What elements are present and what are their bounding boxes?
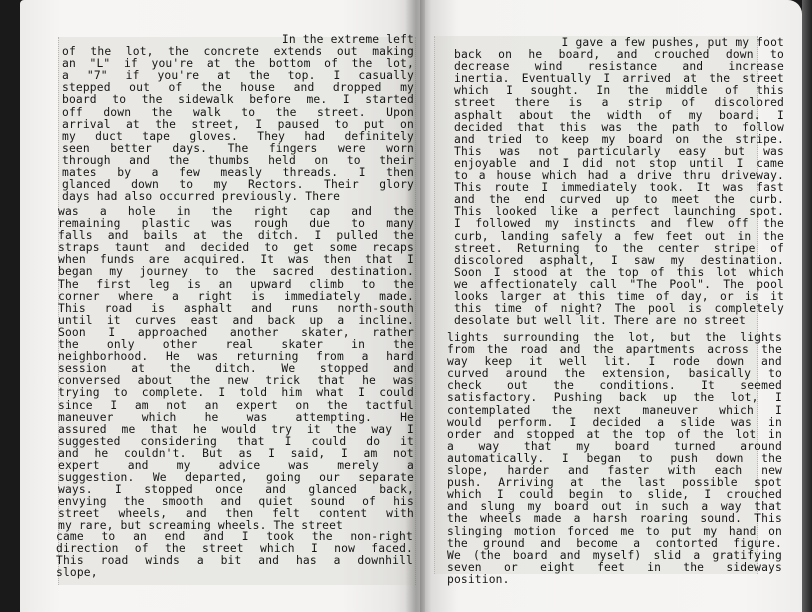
text-line: discoloredasphalt,Isawmydestination. (454, 255, 784, 267)
left-paragraph-1: In the extreme leftofthelot,theconcretee… (62, 34, 414, 203)
text-line: curb,landingsafelyafewfeetoutinthe (454, 231, 784, 243)
text-line: We(theboardandmyself)slidagratifying (447, 550, 782, 562)
text-line: cornerwherearightisimmediatelymade. (58, 291, 414, 303)
text-line: slingingmotionforcedmetoputmyhandon (447, 526, 782, 538)
text-line: street.Returningtothecenterstripeof (454, 243, 784, 255)
text-line: sinceIamnotanexpertonthetactful (58, 400, 414, 412)
text-line: Thisroadwindsabitandhasadownhill (56, 555, 413, 567)
text-line: days had also occurred previously. There (62, 191, 414, 203)
text-line: Thefirstlegisanupwardclimbtothe (58, 279, 414, 291)
left-paragraph-3: cametoanendandItookthenon-rightdirection… (56, 531, 413, 579)
text-line: position. (447, 574, 782, 586)
text-line: assuredmethathewouldtryitthewayI (58, 424, 414, 436)
text-line: contemplatedthenextmaneuverwhichI (447, 405, 782, 417)
text-line: satisfactory.Pushingbackupthelot,I (447, 392, 782, 404)
text-line: thegroundandbecomeacontortedfigure. (447, 538, 782, 550)
right-paragraph-2: lightssurroundingthelot,butthelightsfrom… (447, 332, 782, 586)
text-line: matesbyafewmeaslythreads.Ithen (62, 167, 414, 179)
text-line: streetthereisastripofdiscolored (454, 97, 784, 109)
zine-spread: In the extreme leftofthelot,theconcretee… (0, 0, 812, 612)
text-line: offdownthewalktothestreet.Upon (62, 107, 414, 119)
text-line: maneuverwhichhewasattempting.He (58, 412, 414, 424)
text-line: Ifollowedmyinstinctsandflewoffthe (454, 218, 784, 230)
left-paragraph-2: wasaholeintherightcapandtheremainingplas… (58, 206, 414, 533)
text-line: beganmyjourneytothesacreddestination. (58, 266, 414, 278)
text-line: tryingtocomplete.ItoldhimwhatIcould (58, 387, 414, 399)
right-paragraph-1: I gave a few pushes, put my footbackonhe… (454, 37, 784, 327)
text-line: desolate but well lit. There are no stre… (454, 315, 784, 327)
text-line: asphaltaboutthewidthofmyboard.I (454, 110, 784, 122)
text-line: suggestedconsideringthatIcoulddoit (58, 436, 414, 448)
text-line: arrivalatthestreet,Ipausedtoputon (62, 119, 414, 131)
text-line: wouldperform.Idecidedaslidewasin (447, 417, 782, 429)
text-line: slope, (56, 567, 413, 579)
text-line: boardtothesidewalkbeforeme.Istarted (62, 94, 414, 106)
text-line: thewheelsmadeaharshroaringsound.This (447, 513, 782, 525)
text-line: decidedthatthiswasthepathtofollow (454, 122, 784, 134)
